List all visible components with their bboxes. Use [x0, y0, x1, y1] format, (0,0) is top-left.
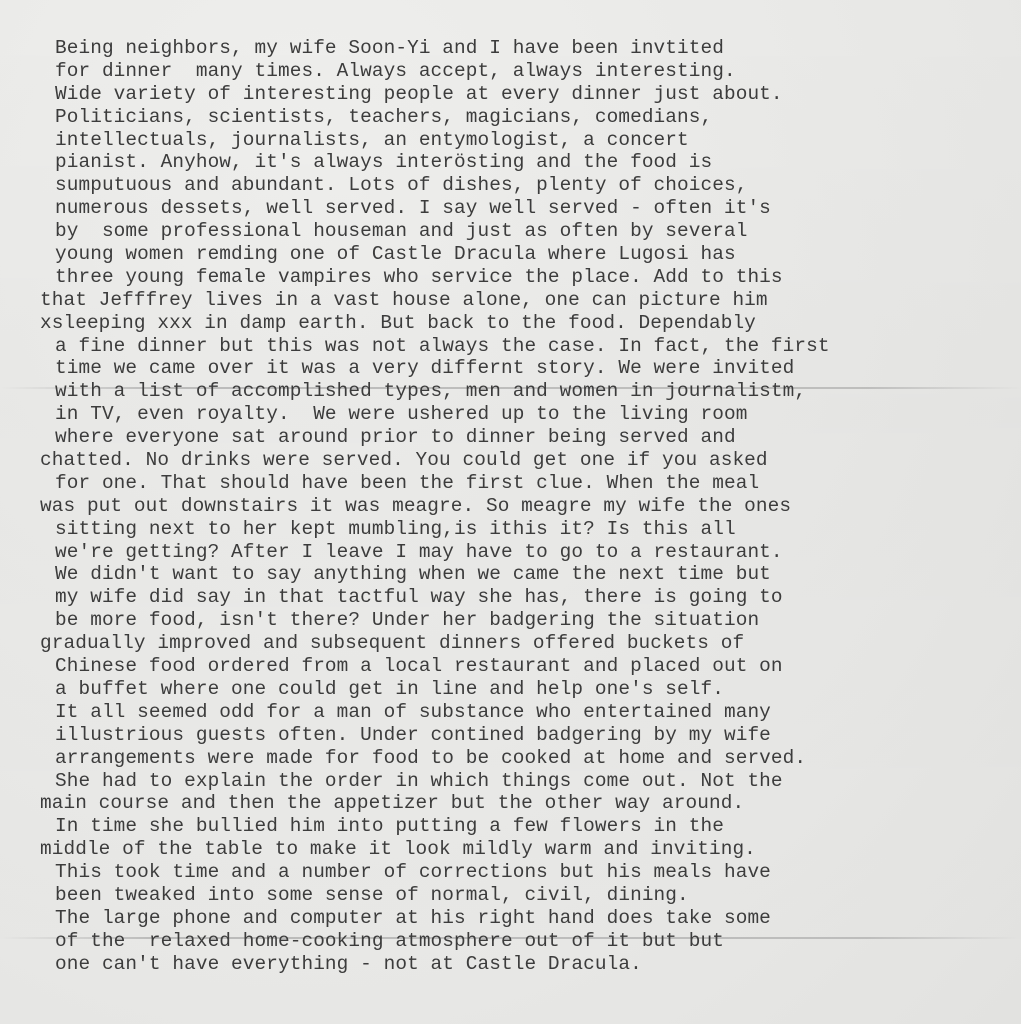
letter-line: for dinner many times. Always accept, al… [0, 60, 830, 83]
letter-line: was put out downstairs it was meagre. So… [0, 495, 830, 518]
letter-line: The large phone and computer at his righ… [0, 907, 830, 930]
letter-line: Being neighbors, my wife Soon-Yi and I h… [0, 37, 830, 60]
typewritten-letter-body: Being neighbors, my wife Soon-Yi and I h… [0, 37, 830, 976]
letter-line: been tweaked into some sense of normal, … [0, 884, 830, 907]
letter-line: sumputuous and abundant. Lots of dishes,… [0, 174, 830, 197]
letter-line: Chinese food ordered from a local restau… [0, 655, 830, 678]
letter-line: three young female vampires who service … [0, 266, 830, 289]
letter-line: a fine dinner but this was not always th… [0, 335, 830, 358]
letter-line: young women remding one of Castle Dracul… [0, 243, 830, 266]
letter-line: with a list of accomplished types, men a… [0, 380, 830, 403]
letter-line: of the relaxed home-cooking atmosphere o… [0, 930, 830, 953]
letter-line: Wide variety of interesting people at ev… [0, 83, 830, 106]
letter-line: illustrious guests often. Under contined… [0, 724, 830, 747]
letter-line: be more food, isn't there? Under her bad… [0, 609, 830, 632]
letter-line: main course and then the appetizer but t… [0, 792, 830, 815]
letter-line: chatted. No drinks were served. You coul… [0, 449, 830, 472]
letter-line: She had to explain the order in which th… [0, 770, 830, 793]
letter-line: In time she bullied him into putting a f… [0, 815, 830, 838]
letter-line: intellectuals, journalists, an entymolog… [0, 129, 830, 152]
letter-line: gradually improved and subsequent dinner… [0, 632, 830, 655]
letter-line: a buffet where one could get in line and… [0, 678, 830, 701]
letter-line: in TV, even royalty. We were ushered up … [0, 403, 830, 426]
letter-line: numerous dessets, well served. I say wel… [0, 197, 830, 220]
letter-line: where everyone sat around prior to dinne… [0, 426, 830, 449]
letter-line: we're getting? After I leave I may have … [0, 541, 830, 564]
letter-line: that Jefffrey lives in a vast house alon… [0, 289, 830, 312]
letter-line: xsleeping xxx in damp earth. But back to… [0, 312, 830, 335]
letter-line: Politicians, scientists, teachers, magic… [0, 106, 830, 129]
letter-line: time we came over it was a very differnt… [0, 357, 830, 380]
letter-line: arrangements were made for food to be co… [0, 747, 830, 770]
letter-line: my wife did say in that tactful way she … [0, 586, 830, 609]
paper-sheet: Being neighbors, my wife Soon-Yi and I h… [0, 0, 1021, 1024]
letter-line: This took time and a number of correctio… [0, 861, 830, 884]
letter-line: middle of the table to make it look mild… [0, 838, 830, 861]
letter-line: one can't have everything - not at Castl… [0, 953, 830, 976]
letter-line: We didn't want to say anything when we c… [0, 563, 830, 586]
letter-line: pianist. Anyhow, it's always interösting… [0, 151, 830, 174]
letter-line: sitting next to her kept mumbling,is ith… [0, 518, 830, 541]
letter-line: for one. That should have been the first… [0, 472, 830, 495]
letter-line: by some professional houseman and just a… [0, 220, 830, 243]
letter-line: It all seemed odd for a man of substance… [0, 701, 830, 724]
